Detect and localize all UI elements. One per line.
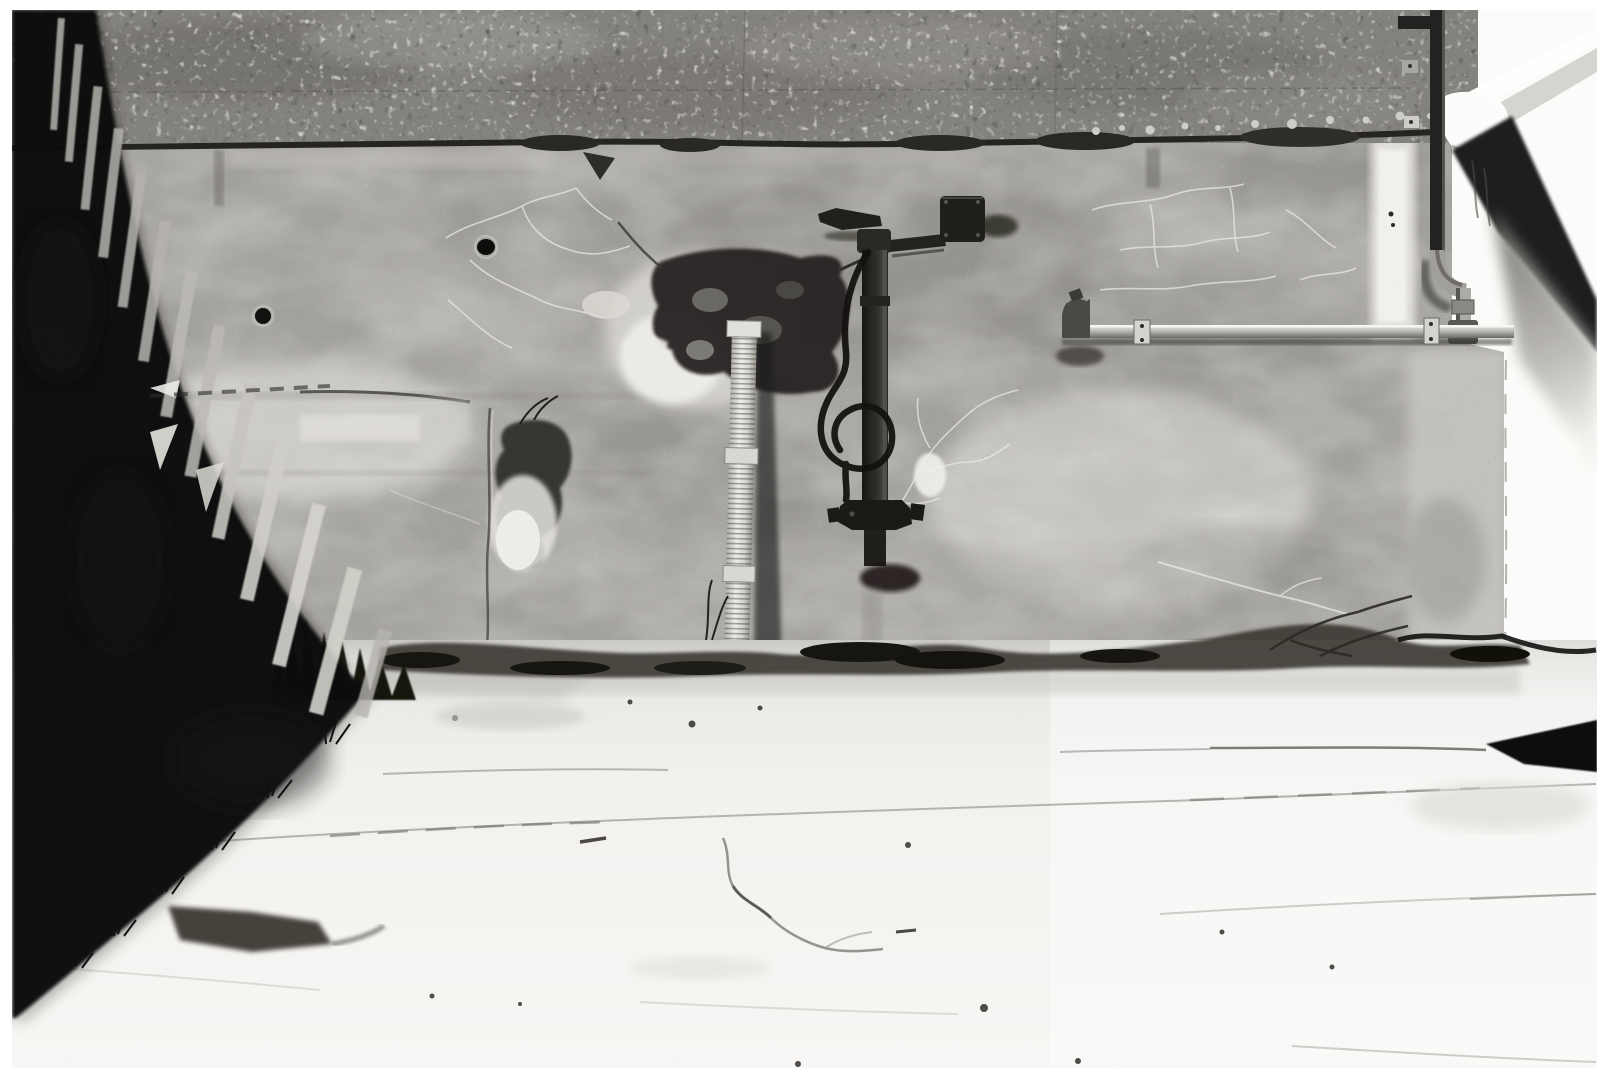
standpipe-ridge: [860, 296, 890, 306]
joint-light-band-2: [560, 150, 980, 164]
pipe-collar-1: [725, 448, 758, 465]
joint-drip: [1146, 148, 1160, 188]
pipe-top-collar: [727, 321, 761, 338]
white-crack-bloom: [914, 453, 946, 497]
standpipe-highlight: [883, 250, 887, 512]
conduit-top-arm: [1398, 16, 1432, 29]
crack-bright-core: [300, 415, 420, 441]
standpipe-lower: [864, 530, 886, 566]
pipe-cap: [857, 229, 891, 253]
horizontal-pipe-glint: [1062, 325, 1514, 328]
pipe-collar-2: [723, 566, 755, 583]
photo-print: [0, 0, 1607, 1080]
drill-hole-2: [475, 236, 497, 258]
joint-light-band: [230, 150, 550, 168]
pipe-coupling: [1452, 300, 1474, 314]
horizontal-pipe-shadow: [1062, 339, 1512, 345]
rubble-chunk: [582, 291, 630, 319]
drill-hole-1: [253, 306, 273, 326]
building-corner-crack: [1505, 360, 1506, 640]
joint-drip-2: [214, 150, 224, 206]
photograph: [0, 0, 1607, 1080]
bracket-bolt: [850, 512, 855, 517]
standpipe-end-shadow: [860, 564, 920, 592]
conduit-highlight: [1442, 10, 1445, 252]
